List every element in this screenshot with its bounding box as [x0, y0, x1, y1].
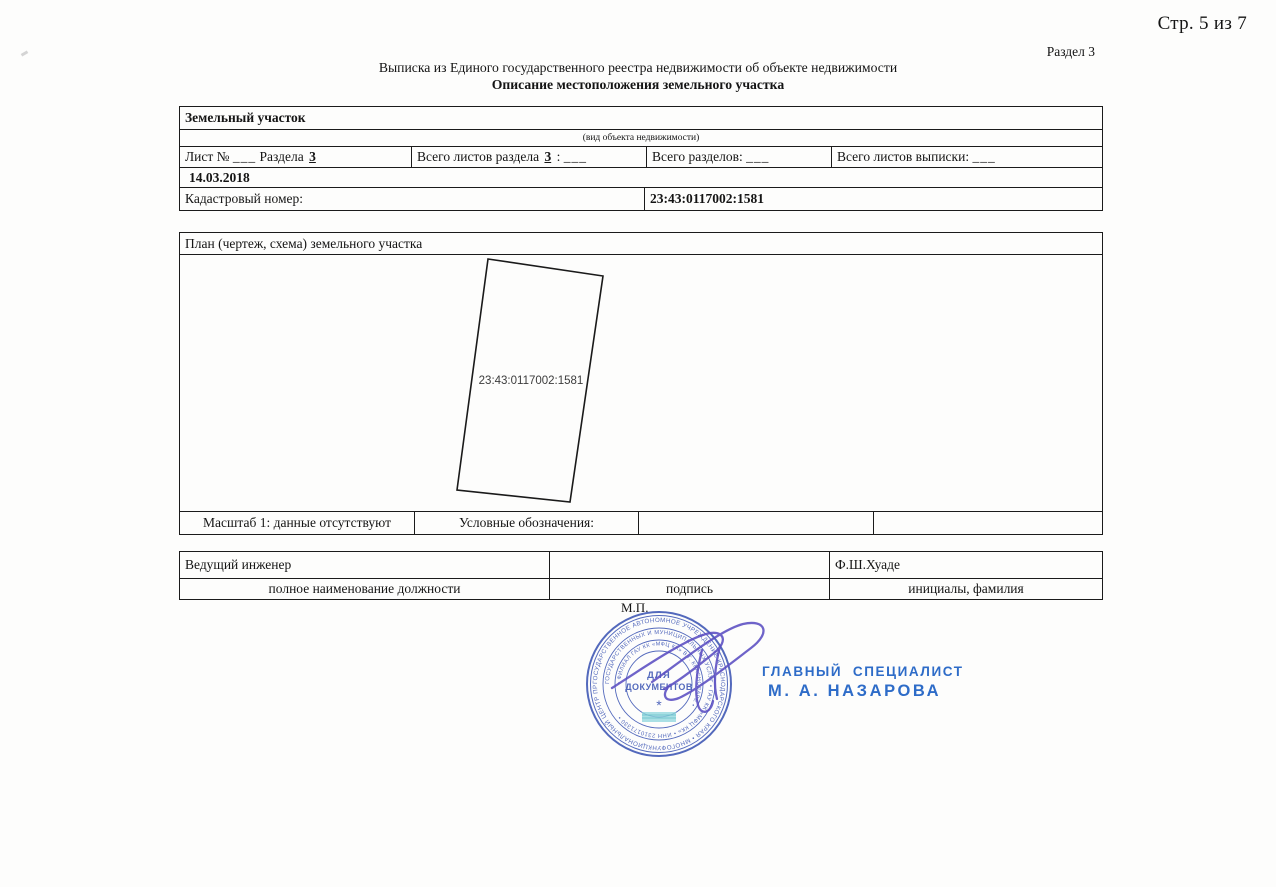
date-cell: 14.03.2018 — [180, 168, 1102, 187]
cadastral-number-cell: 23:43:0117002:1581 — [644, 188, 1102, 210]
sheet-label: Лист № — [185, 149, 230, 165]
cadastral-label: Кадастровый номер: — [185, 191, 303, 207]
legend-empty-cell-2 — [873, 512, 1102, 534]
official-title-stamp: ГЛАВНЫЙ СПЕЦИАЛИСТ — [762, 664, 964, 679]
date-row: 14.03.2018 — [180, 167, 1102, 187]
sheets-in-section-colon: : — [557, 149, 561, 165]
sheets-in-section-number: 3 — [542, 149, 553, 165]
signature-caption: подпись — [666, 581, 713, 597]
total-sheets-label: Всего листов выписки: — [837, 149, 969, 165]
section-label: Раздел 3 — [1047, 44, 1095, 60]
legend-empty-cell-1 — [638, 512, 873, 534]
page-number: Стр. 5 из 7 — [1158, 13, 1247, 35]
object-type-caption: (вид объекта недвижимости) — [583, 133, 700, 143]
position-cell: Ведущий инженер — [180, 552, 549, 578]
plan-footer-row: Масштаб 1: данные отсутствуют Условные о… — [180, 511, 1102, 534]
sheet-number-cell: Лист № ___ Раздела 3 — [180, 147, 411, 167]
object-type: Земельный участок — [185, 110, 306, 126]
position-caption-cell: полное наименование должности — [180, 579, 549, 599]
signature-caption-cell: подпись — [549, 579, 829, 599]
name-caption-cell: инициалы, фамилия — [829, 579, 1102, 599]
scale-cell: Масштаб 1: данные отсутствуют — [180, 512, 414, 534]
legend-label: Условные обозначения: — [459, 515, 594, 531]
plan-header-row: План (чертеж, схема) земельного участка — [180, 233, 1102, 254]
signature-cell — [549, 552, 829, 578]
name-cell: Ф.Ш.Хуаде — [829, 552, 1102, 578]
extract-date: 14.03.2018 — [189, 170, 250, 186]
sheets-in-section-cell: Всего листов раздела 3 : ___ — [411, 147, 646, 167]
object-type-caption-row: (вид объекта недвижимости) — [180, 129, 1102, 146]
cadastral-row: Кадастровый номер: 23:43:0117002:1581 — [180, 187, 1102, 210]
sheets-in-section-label: Всего листов раздела — [417, 149, 539, 165]
position-caption: полное наименование должности — [269, 581, 461, 597]
document-title: Выписка из Единого государственного реес… — [0, 60, 1276, 76]
signature-table: Ведущий инженер Ф.Ш.Хуаде полное наимено… — [179, 551, 1103, 600]
object-type-cell: Земельный участок — [180, 107, 1102, 129]
total-sections-cell: Всего разделов: ___ — [646, 147, 831, 167]
section-word: Раздела — [260, 149, 304, 165]
signature-values-row: Ведущий инженер Ф.Ш.Хуаде — [180, 552, 1102, 578]
parcel-plan-drawing: 23:43:0117002:1581 — [180, 255, 1102, 511]
parcel-cadastral-label: 23:43:0117002:1581 — [479, 375, 584, 387]
plan-drawing-area: 23:43:0117002:1581 — [180, 254, 1102, 511]
plan-header: План (чертеж, схема) земельного участка — [185, 236, 422, 252]
name-caption: инициалы, фамилия — [908, 581, 1023, 597]
object-type-row: Земельный участок — [180, 107, 1102, 129]
sheet-blank: ___ — [233, 149, 256, 165]
object-info-table: Земельный участок (вид объекта недвижимо… — [179, 106, 1103, 211]
sheet-counts-row: Лист № ___ Раздела 3 Всего листов раздел… — [180, 146, 1102, 167]
object-type-caption-cell: (вид объекта недвижимости) — [180, 130, 1102, 146]
sheets-in-section-blank: ___ — [564, 149, 587, 165]
document-subtitle: Описание местоположения земельного участ… — [0, 77, 1276, 93]
official-name-stamp: М. А. НАЗАРОВА — [768, 682, 941, 701]
engineer-name: Ф.Ш.Хуаде — [835, 557, 900, 573]
scan-speck — [21, 50, 29, 56]
total-sheets-cell: Всего листов выписки: ___ — [831, 147, 1102, 167]
signature-captions-row: полное наименование должности подпись ин… — [180, 578, 1102, 599]
section-number: 3 — [307, 149, 318, 165]
total-sections-blank: ___ — [746, 149, 769, 165]
legend-cell: Условные обозначения: — [414, 512, 638, 534]
engineer-position: Ведущий инженер — [185, 557, 291, 573]
total-sections-label: Всего разделов: — [652, 149, 743, 165]
plan-table: План (чертеж, схема) земельного участка … — [179, 232, 1103, 535]
plan-header-cell: План (чертеж, схема) земельного участка — [180, 233, 1102, 254]
scale-label: Масштаб 1: данные отсутствуют — [203, 515, 391, 531]
total-sheets-blank: ___ — [972, 149, 995, 165]
cadastral-number: 23:43:0117002:1581 — [650, 191, 764, 207]
cadastral-label-cell: Кадастровый номер: — [180, 188, 644, 210]
